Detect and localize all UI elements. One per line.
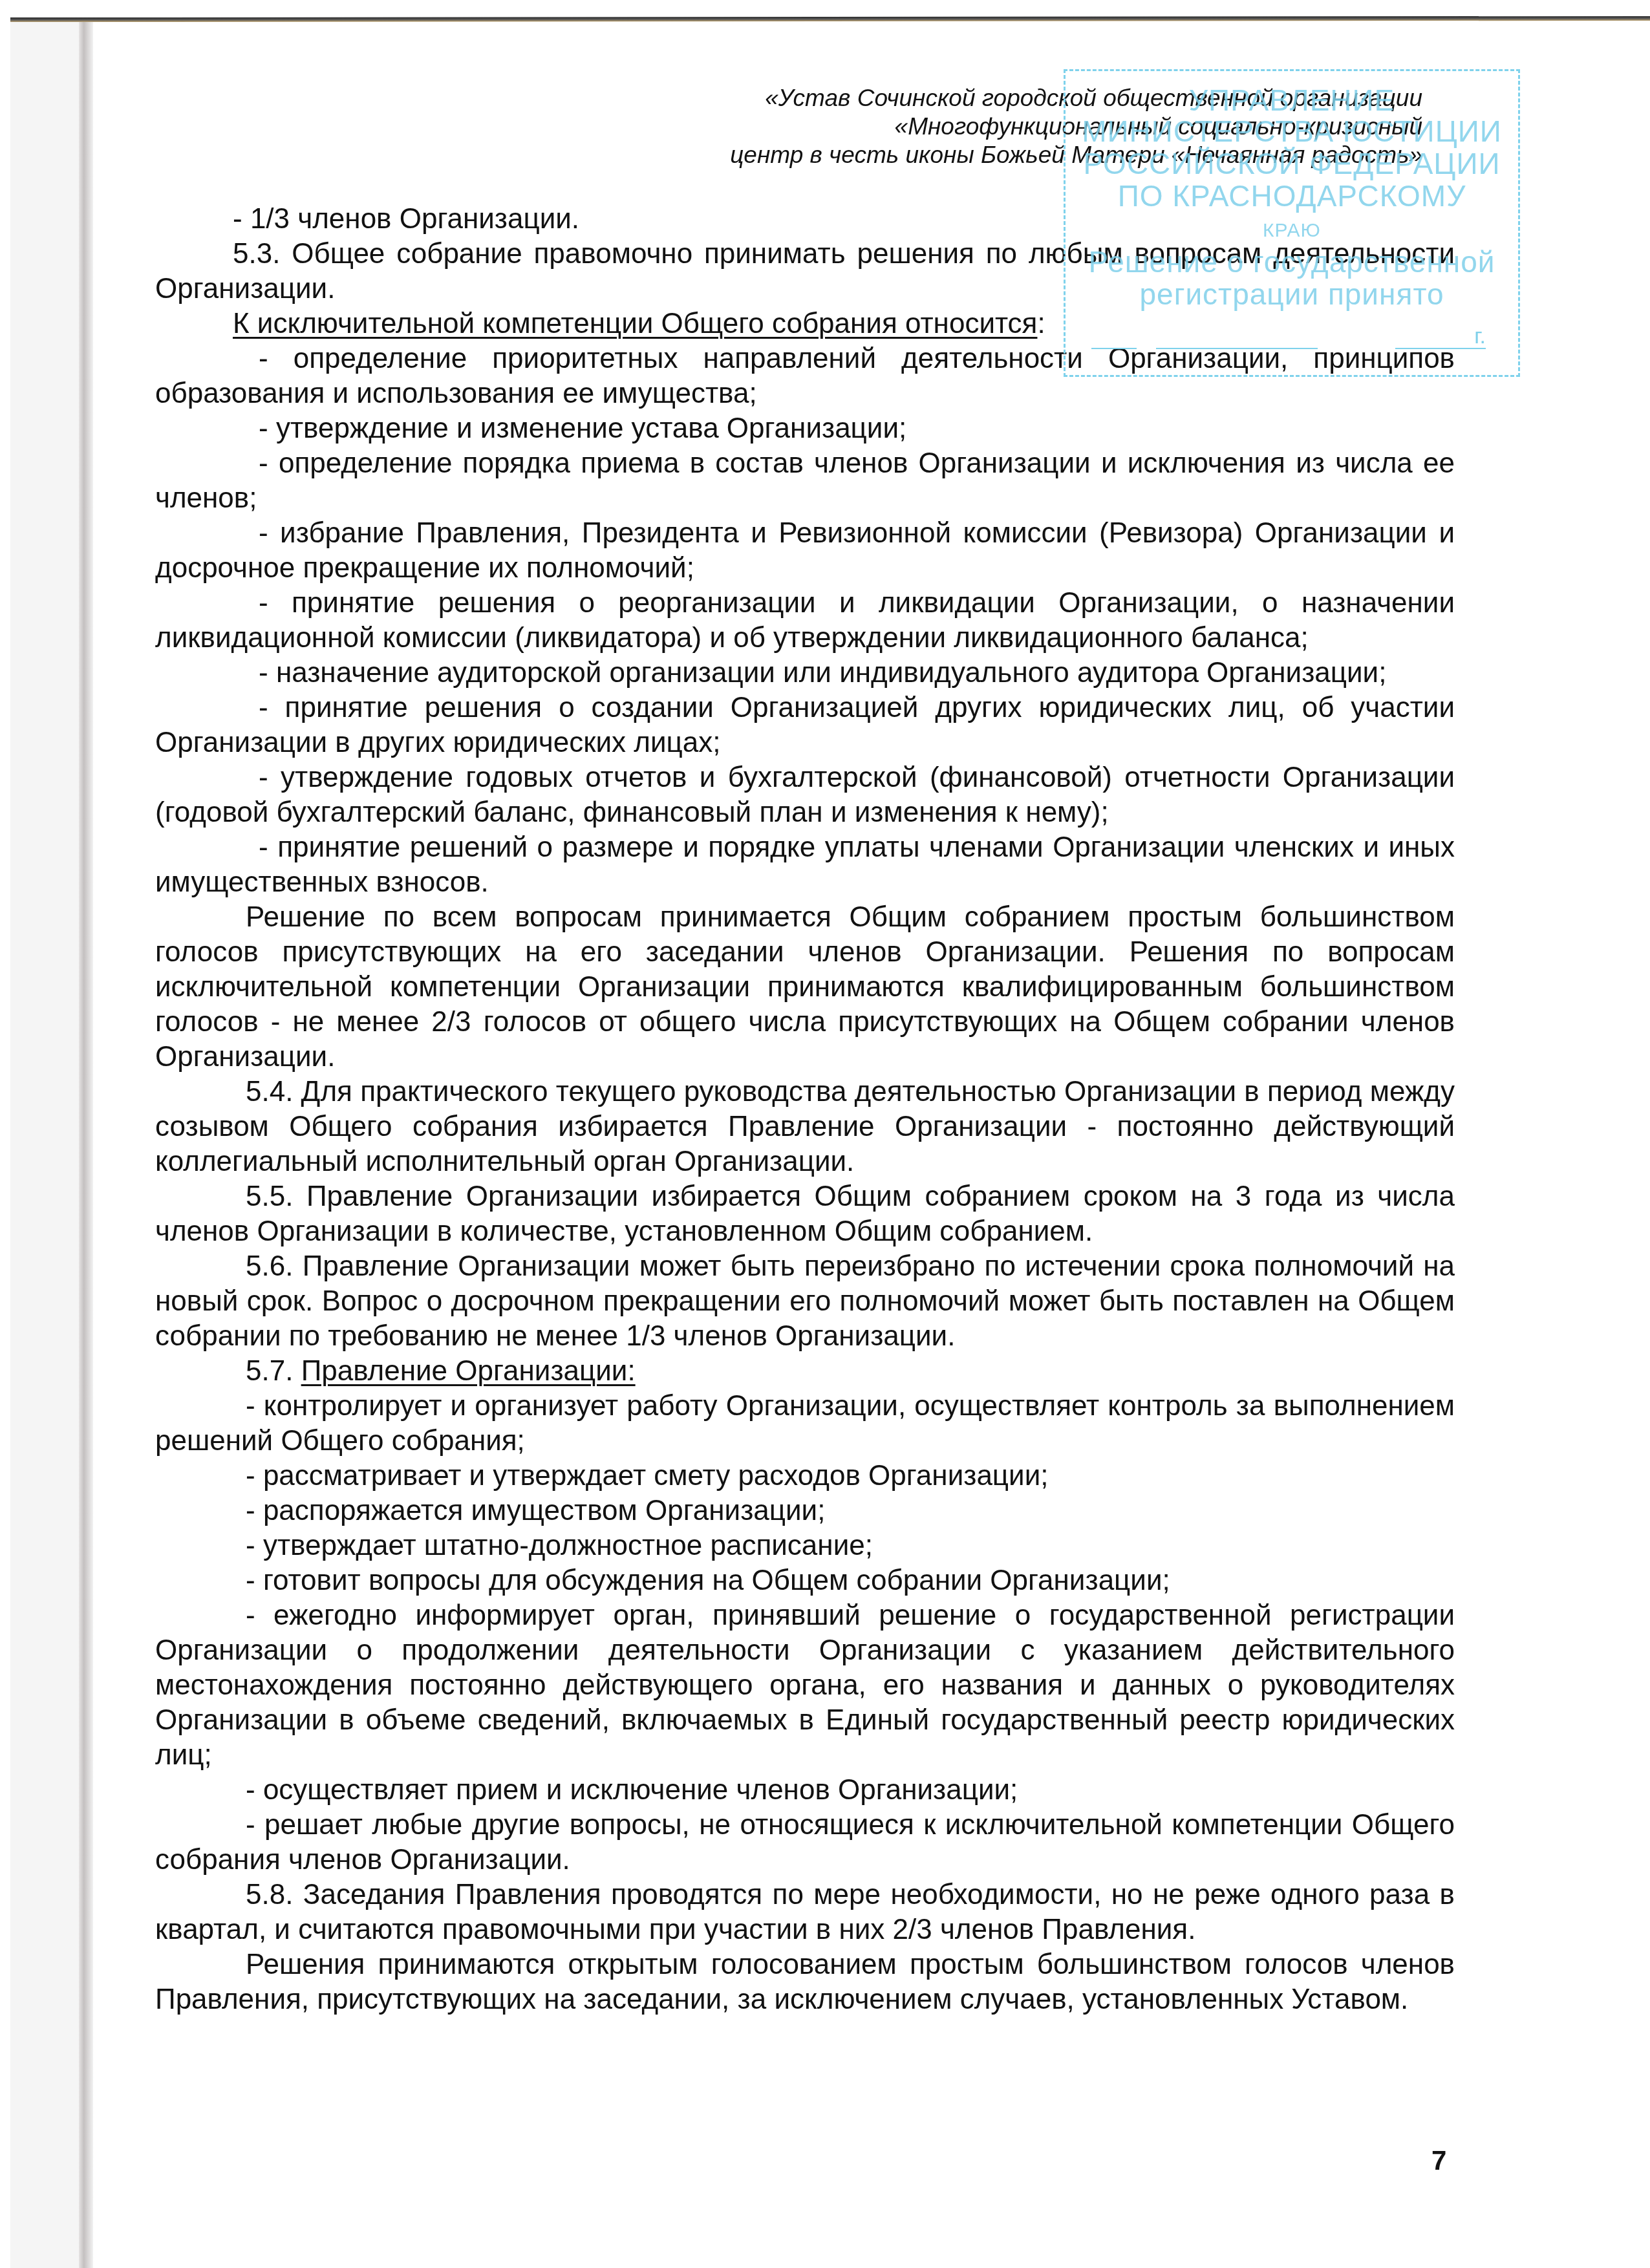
paragraph: - распоряжается имуществом Организации; [155,1493,1455,1528]
stamp-line-4: ПО КРАСНОДАРСКОМУ [1066,180,1518,212]
paragraph-text: - ежегодно информирует орган, принявший … [155,1599,1455,1771]
paragraph: - готовит вопросы для обсуждения на Обще… [155,1563,1455,1598]
paragraph: 5.6. Правление Организации может быть пе… [155,1249,1455,1354]
paragraph-text: - избрание Правления, Президента и Ревиз… [155,517,1455,584]
paragraph: Решение по всем вопросам принимается Общ… [155,900,1455,1075]
scan-page-fold [79,22,93,2268]
stamp-line-1: УПРАВЛЕНИЕ [1066,84,1518,116]
paragraph-text: - принятие решения о реорганизации и лик… [155,587,1455,654]
paragraph: - избрание Правления, Президента и Ревиз… [155,516,1455,586]
paragraph: 5.7. Правление Организации: [155,1354,1455,1389]
paragraph-text: - контролирует и организует работу Орган… [155,1390,1455,1457]
page-number: 7 [1431,2145,1446,2176]
paragraph-text: - принятие решений о размере и порядке у… [155,831,1455,898]
stamp-line-5: КРАЮ [1066,215,1518,247]
paragraph-text: Решение по всем вопросам принимается Общ… [155,901,1455,1073]
paragraph-text: - назначение аудиторской организации или… [259,657,1386,689]
paragraph: - осуществляет прием и исключение членов… [155,1773,1455,1808]
stamp-date-field: г. [1091,323,1492,349]
paragraph: 5.8. Заседания Правления проводятся по м… [155,1878,1455,1947]
registration-stamp: УПРАВЛЕНИЕ МИНИСТЕРСТВА ЮСТИЦИИ РОССИЙСК… [1064,69,1520,377]
stamp-line-7: регистрации принято [1066,278,1518,310]
paragraph-text: 5.6. Правление Организации может быть пе… [155,1250,1455,1352]
paragraph: - принятие решения о создании Организаци… [155,690,1455,760]
paragraph-text: 5.8. Заседания Правления проводятся по м… [155,1879,1455,1945]
stamp-line-3: РОССИЙСКОЙ ФЕДЕРАЦИИ [1066,147,1518,180]
paragraph-text: - решает любые другие вопросы, не относя… [155,1809,1455,1876]
paragraph-text: 5.4. Для практического текущего руководс… [155,1076,1455,1177]
paragraph: - принятие решения о реорганизации и лик… [155,586,1455,656]
paragraph-text: - рассматривает и утверждает смету расхо… [246,1460,1048,1492]
paragraph: - решает любые другие вопросы, не относя… [155,1808,1455,1878]
paragraph-text: - осуществляет прием и исключение членов… [246,1774,1018,1806]
paragraph: - утверждение и изменение устава Организ… [155,411,1455,446]
scan-left-margin [10,22,79,2268]
stamp-date-day-blank [1091,348,1137,349]
paragraph: - рассматривает и утверждает смету расхо… [155,1459,1455,1493]
underlined-heading: Правление Организации: [301,1355,636,1387]
paragraph: 5.5. Правление Организации избирается Об… [155,1179,1455,1249]
paragraph: - назначение аудиторской организации или… [155,656,1455,690]
paragraph-text: : [1037,308,1045,339]
paragraph-text: - определение порядка приема в состав чл… [155,447,1455,514]
paragraph: Решения принимаются открытым голосование… [155,1947,1455,2017]
paragraph: - утверждение годовых отчетов и бухгалте… [155,760,1455,830]
stamp-date-suffix: г. [1474,324,1486,349]
paragraph-text: - утверждает штатно-должностное расписан… [246,1530,873,1561]
paragraph: - ежегодно информирует орган, принявший … [155,1598,1455,1773]
paragraph: - определение порядка приема в состав чл… [155,446,1455,516]
stamp-line-2: МИНИСТЕРСТВА ЮСТИЦИИ [1066,115,1518,147]
paragraph-text: - готовит вопросы для обсуждения на Обще… [246,1565,1170,1596]
paragraph: - контролирует и организует работу Орган… [155,1389,1455,1459]
paragraph-text: Решения принимаются открытым голосование… [155,1949,1455,2015]
paragraph-text: - утверждение годовых отчетов и бухгалте… [155,762,1455,828]
underlined-heading: К исключительной компетенции Общего собр… [233,308,1037,339]
paragraph-prefix: 5.7. [246,1355,301,1387]
paragraph-text: - принятие решения о создании Организаци… [155,692,1455,758]
paragraph: 5.4. Для практического текущего руководс… [155,1075,1455,1179]
scan-top-edge [10,16,1650,22]
stamp-date-month-blank [1156,348,1318,349]
paragraph: - утверждает штатно-должностное расписан… [155,1528,1455,1563]
paragraph-text: - утверждение и изменение устава Организ… [259,412,906,444]
paragraph-text: 5.5. Правление Организации избирается Об… [155,1181,1455,1247]
stamp-date-year-blank [1395,348,1486,349]
paragraph: - принятие решений о размере и порядке у… [155,830,1455,900]
stamp-line-6: Решение о государственной [1066,246,1518,278]
paragraph-text: - распоряжается имуществом Организации; [246,1495,825,1526]
document-body: - 1/3 членов Организации.5.3. Общее собр… [155,202,1455,2017]
paragraph-text: - 1/3 членов Организации. [233,203,579,235]
